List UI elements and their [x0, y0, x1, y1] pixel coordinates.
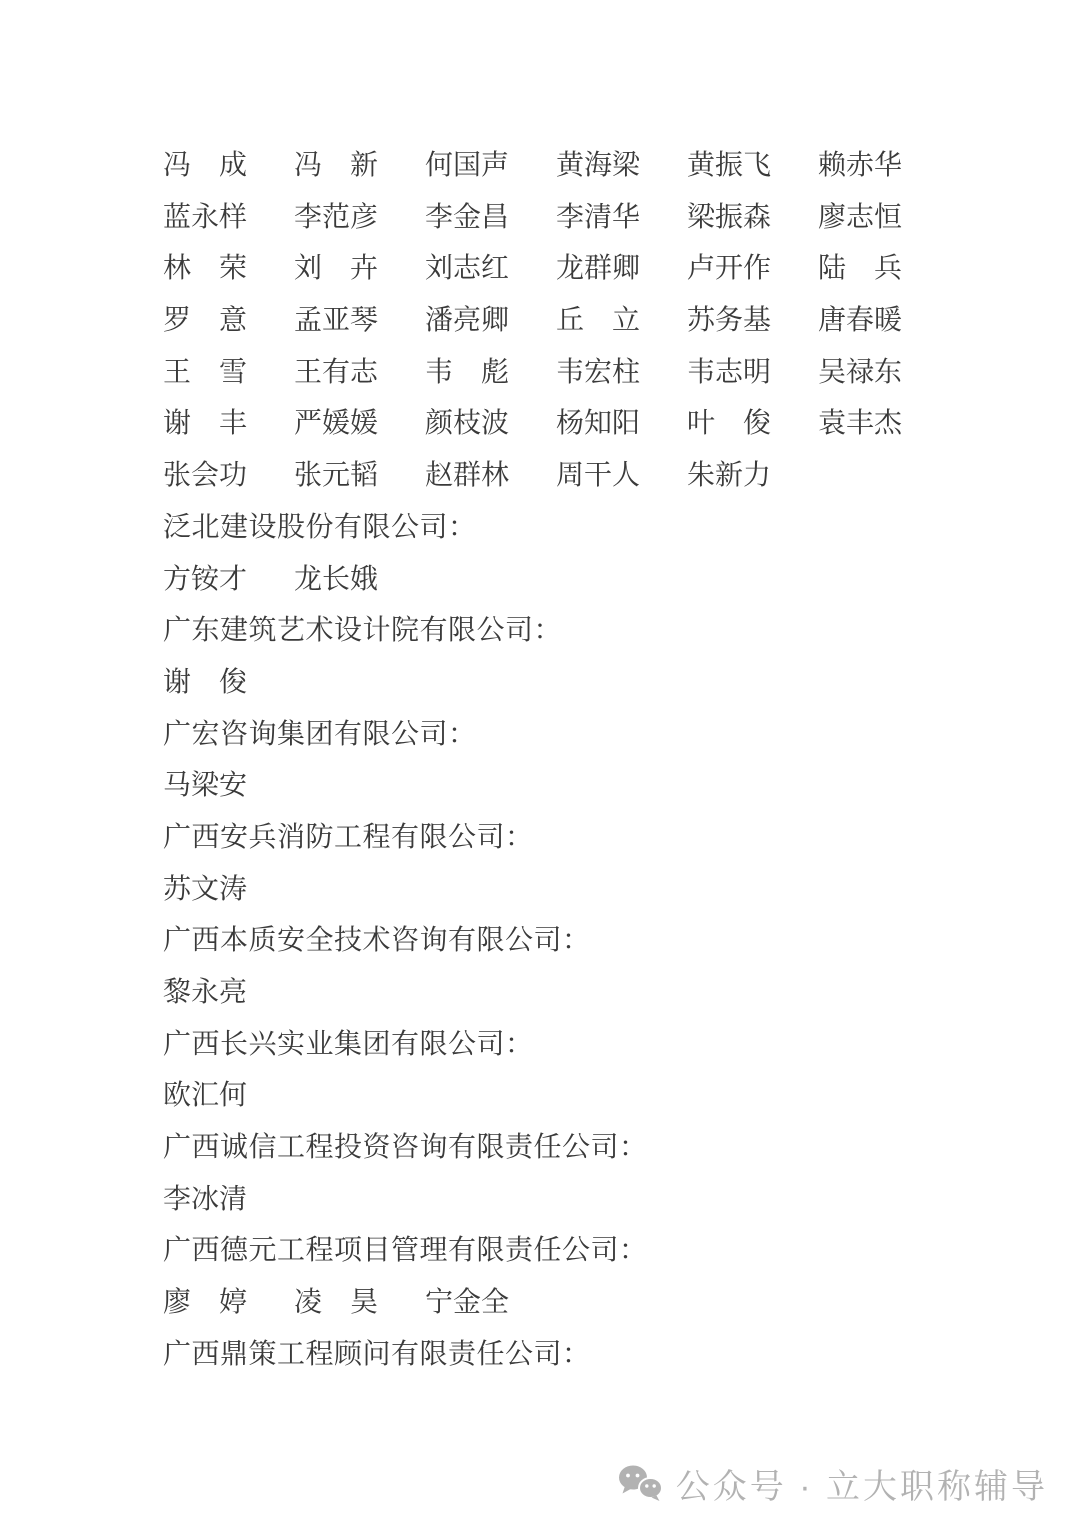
person-name: 陆 兵 [818, 243, 902, 295]
name-row: 张会功张元韬赵群林周干人朱新力 [163, 450, 923, 502]
person-name: 刘 卉 [294, 243, 378, 295]
person-name: 潘亮卿 [425, 295, 509, 347]
company-name: 广西德元工程项目管理有限责任公司： [163, 1225, 923, 1277]
person-name: 严媛媛 [294, 398, 378, 450]
person-name: 罗 意 [163, 295, 247, 347]
person-name: 唐春暖 [818, 295, 902, 347]
name-row: 方铵才龙长娥 [163, 554, 923, 606]
person-name: 廖 婷 [163, 1277, 247, 1329]
name-row: 蓝永样李范彦李金昌李清华梁振森廖志恒 [163, 192, 923, 244]
person-name: 赵群林 [425, 450, 509, 502]
person-name: 梁振森 [687, 192, 771, 244]
person-name: 龙群卿 [556, 243, 640, 295]
person-name: 黎永亮 [163, 967, 247, 1019]
person-name: 黄振飞 [687, 140, 771, 192]
person-name: 李冰清 [163, 1174, 247, 1226]
person-name: 林 荣 [163, 243, 247, 295]
person-name: 颜枝波 [425, 398, 509, 450]
person-name: 周干人 [556, 450, 640, 502]
name-row: 马梁安 [163, 760, 923, 812]
person-name: 马梁安 [163, 760, 247, 812]
person-name: 冯 成 [163, 140, 247, 192]
person-name: 袁丰杰 [818, 398, 902, 450]
name-row: 欧汇何 [163, 1070, 923, 1122]
person-name: 王 雪 [163, 347, 247, 399]
name-row: 谢 丰严媛媛颜枝波杨知阳叶 俊袁丰杰 [163, 398, 923, 450]
person-name: 张元韬 [294, 450, 378, 502]
person-name: 丘 立 [556, 295, 640, 347]
name-row: 廖 婷凌 昊宁金全 [163, 1277, 923, 1329]
person-name: 谢 俊 [163, 657, 247, 709]
company-name: 广西本质安全技术咨询有限公司： [163, 915, 923, 967]
wechat-icon [618, 1465, 664, 1501]
person-name: 张会功 [163, 450, 247, 502]
person-name: 杨知阳 [556, 398, 640, 450]
name-row: 林 荣刘 卉刘志红龙群卿卢开作陆 兵 [163, 243, 923, 295]
company-name: 广东建筑艺术设计院有限公司： [163, 605, 923, 657]
person-name: 蓝永样 [163, 192, 247, 244]
person-name: 何国声 [425, 140, 509, 192]
person-name: 韦志明 [687, 347, 771, 399]
person-name: 孟亚琴 [294, 295, 378, 347]
person-name: 朱新力 [687, 450, 771, 502]
person-name: 李清华 [556, 192, 640, 244]
name-row: 黎永亮 [163, 967, 923, 1019]
company-name: 广西长兴实业集团有限公司： [163, 1019, 923, 1071]
person-name: 苏务基 [687, 295, 771, 347]
person-name: 李范彦 [294, 192, 378, 244]
company-name: 广西鼎策工程顾问有限责任公司： [163, 1329, 923, 1381]
person-name: 韦 彪 [425, 347, 509, 399]
person-name: 卢开作 [687, 243, 771, 295]
name-list-document: 冯 成冯 新何国声黄海梁黄振飞赖赤华蓝永样李范彦李金昌李清华梁振森廖志恒林 荣刘… [163, 140, 923, 1381]
company-name: 泛北建设股份有限公司： [163, 502, 923, 554]
person-name: 宁金全 [425, 1277, 509, 1329]
company-name: 广西安兵消防工程有限公司： [163, 812, 923, 864]
name-row: 冯 成冯 新何国声黄海梁黄振飞赖赤华 [163, 140, 923, 192]
person-name: 韦宏柱 [556, 347, 640, 399]
person-name: 吴禄东 [818, 347, 902, 399]
person-name: 赖赤华 [818, 140, 902, 192]
person-name: 冯 新 [294, 140, 378, 192]
name-row: 谢 俊 [163, 657, 923, 709]
person-name: 王有志 [294, 347, 378, 399]
person-name: 刘志红 [425, 243, 509, 295]
person-name: 龙长娥 [294, 554, 378, 606]
person-name: 苏文涛 [163, 864, 247, 916]
person-name: 李金昌 [425, 192, 509, 244]
person-name: 谢 丰 [163, 398, 247, 450]
watermark: 公众号 · 立大职称辅导 [618, 1452, 1048, 1514]
name-row: 李冰清 [163, 1174, 923, 1226]
name-row: 苏文涛 [163, 864, 923, 916]
person-name: 黄海梁 [556, 140, 640, 192]
name-row: 王 雪王有志韦 彪韦宏柱韦志明吴禄东 [163, 347, 923, 399]
person-name: 叶 俊 [687, 398, 771, 450]
person-name: 廖志恒 [818, 192, 902, 244]
company-name: 广宏咨询集团有限公司： [163, 709, 923, 761]
watermark-text: 公众号 · 立大职称辅导 [676, 1459, 1048, 1508]
person-name: 方铵才 [163, 554, 247, 606]
person-name: 欧汇何 [163, 1070, 247, 1122]
company-name: 广西诚信工程投资咨询有限责任公司： [163, 1122, 923, 1174]
document-page: 冯 成冯 新何国声黄海梁黄振飞赖赤华蓝永样李范彦李金昌李清华梁振森廖志恒林 荣刘… [0, 0, 1080, 1527]
name-row: 罗 意孟亚琴潘亮卿丘 立苏务基唐春暖 [163, 295, 923, 347]
person-name: 凌 昊 [294, 1277, 378, 1329]
